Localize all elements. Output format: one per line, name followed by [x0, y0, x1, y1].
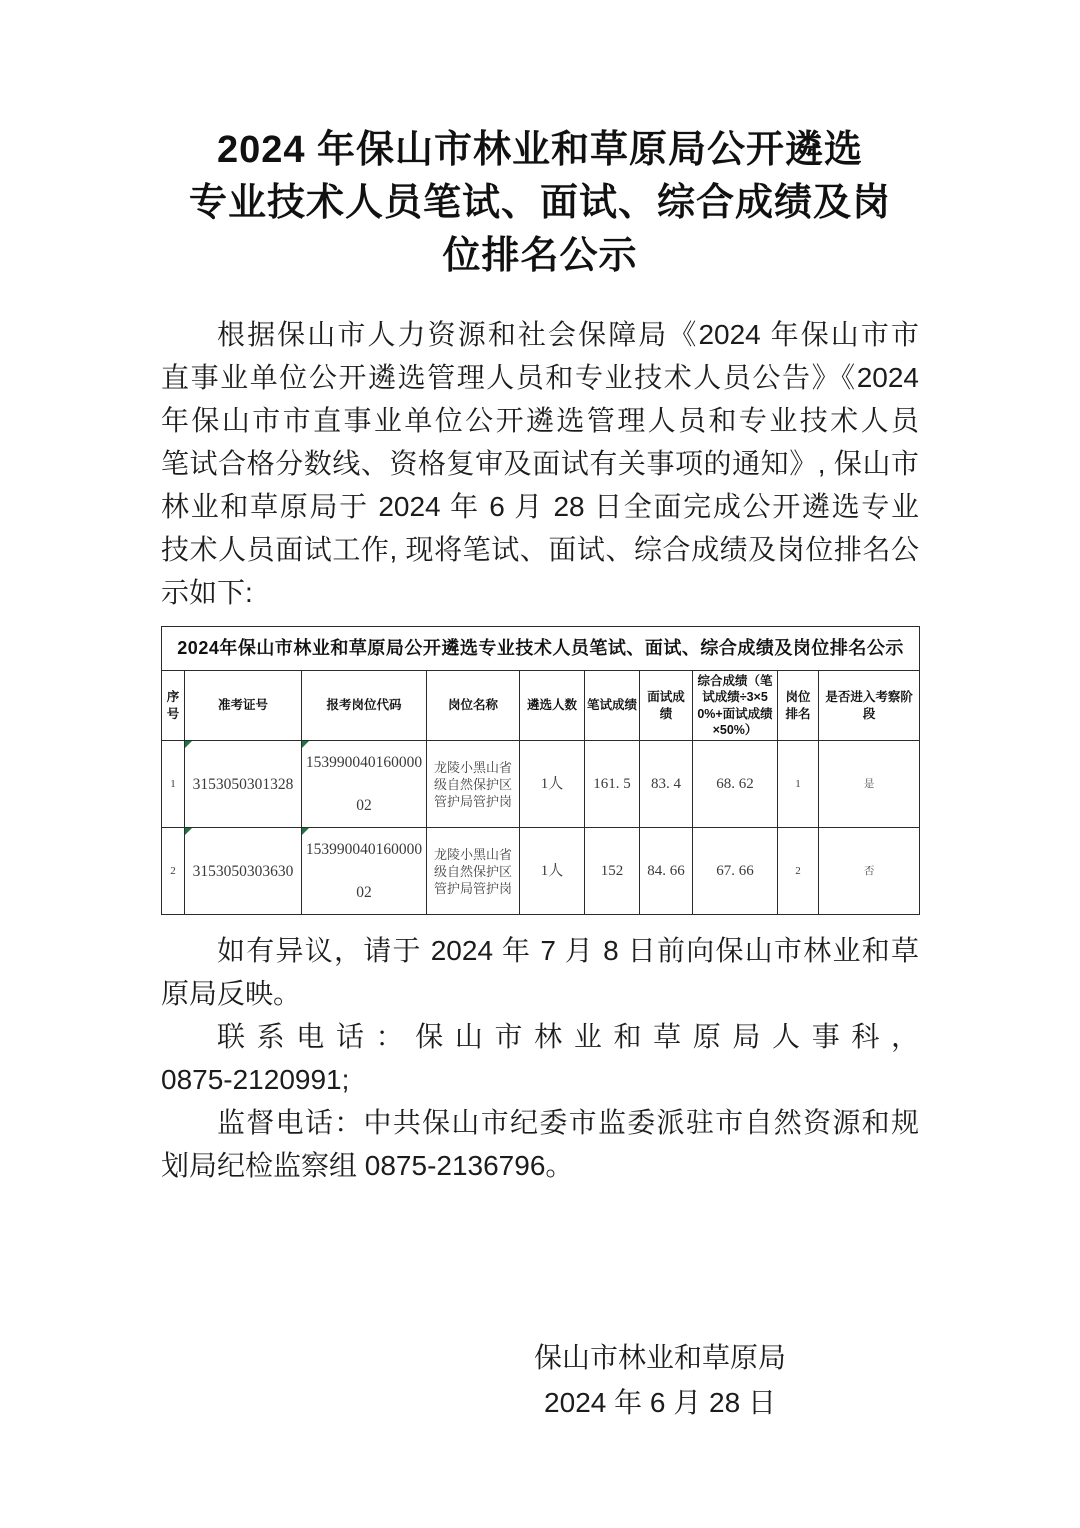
header-to-inspection: 是否进入考察阶段	[819, 671, 920, 741]
written-score-cell: 161. 5	[585, 741, 640, 828]
composite-score-cell: 68. 62	[693, 741, 778, 828]
intro-line: 直事业单位公开遴选管理人员和专业技术人员公告》《2024	[161, 356, 919, 399]
header-interview-score: 面试成绩	[640, 671, 693, 741]
intro-line: 示如下:	[161, 571, 919, 614]
supervision-line: 划局纪检监察组 0875-2136796。	[161, 1144, 919, 1187]
supervision-line: 监督电话：中共保山市纪委市监委派驻市自然资源和规	[161, 1101, 919, 1144]
title-line-2: 专业技术人员笔试、面试、综合成绩及岗	[160, 177, 920, 230]
header-job-name: 岗位名称	[427, 671, 520, 741]
objection-line: 如有异议，请于 2024 年 7 月 8 日前向保山市林业和草	[161, 929, 919, 972]
rank-cell: 2	[778, 828, 819, 915]
job-name-cell: 龙陵小黑山省级自然保护区管护局管护岗	[427, 828, 520, 915]
ticket-cell: 3153050303630	[185, 828, 302, 915]
header-job-code: 报考岗位代码	[302, 671, 427, 741]
contact-paragraph: 联系电话：保山市林业和草原局人事科， 0875-2120991;	[161, 1015, 919, 1101]
table-row: 2 3153050303630 15399004016000002 龙陵小黑山省…	[162, 828, 920, 915]
header-seq: 序号	[162, 671, 185, 741]
table-header-row: 序号 准考证号 报考岗位代码 岗位名称 遴选人数 笔试成绩 面试成绩 综合成绩（…	[162, 671, 920, 741]
ticket-value: 3153050303630	[193, 863, 294, 880]
results-table: 2024年保山市林业和草原局公开遴选专业技术人员笔试、面试、综合成绩及岗位排名公…	[161, 626, 920, 915]
job-code-value: 15399004016000002	[306, 754, 422, 814]
composite-score-cell: 67. 66	[693, 828, 778, 915]
rank-cell: 1	[778, 741, 819, 828]
supervision-paragraph: 监督电话：中共保山市纪委市监委派驻市自然资源和规 划局纪检监察组 0875-21…	[161, 1101, 919, 1187]
seq-cell: 2	[162, 828, 185, 915]
header-written-score: 笔试成绩	[585, 671, 640, 741]
table-row: 1 3153050301328 15399004016000002 龙陵小黑山省…	[162, 741, 920, 828]
job-code-value: 15399004016000002	[306, 841, 422, 901]
objection-line: 原局反映。	[161, 972, 919, 1015]
header-rank: 岗位排名	[778, 671, 819, 741]
signature-block: 保山市林业和草原局 2024 年 6 月 28 日	[161, 1335, 919, 1425]
contact-line: 联系电话：保山市林业和草原局人事科，	[161, 1015, 919, 1058]
seq-cell: 1	[162, 741, 185, 828]
excel-flag-icon	[302, 828, 309, 835]
intro-line: 笔试合格分数线、资格复审及面试有关事项的通知》, 保山市	[161, 442, 919, 485]
table-title-row: 2024年保山市林业和草原局公开遴选专业技术人员笔试、面试、综合成绩及岗位排名公…	[162, 627, 920, 671]
interview-score-cell: 83. 4	[640, 741, 693, 828]
title-line-1: 2024 年保山市林业和草原局公开遴选	[160, 124, 920, 177]
to-inspection-cell: 否	[819, 828, 920, 915]
excel-flag-icon	[185, 741, 192, 748]
document-page: 2024 年保山市林业和草原局公开遴选 专业技术人员笔试、面试、综合成绩及岗 位…	[0, 0, 1080, 1528]
header-composite-score: 综合成绩（笔试成绩÷3×50%+面试成绩×50%）	[693, 671, 778, 741]
to-inspection-cell: 是	[819, 741, 920, 828]
written-score-cell: 152	[585, 828, 640, 915]
document-body: 根据保山市人力资源和社会保障局《2024 年保山市市 直事业单位公开遴选管理人员…	[161, 313, 919, 1425]
intro-line: 林业和草原局于 2024 年 6 月 28 日全面完成公开遴选专业	[161, 485, 919, 528]
table-title: 2024年保山市林业和草原局公开遴选专业技术人员笔试、面试、综合成绩及岗位排名公…	[162, 627, 920, 671]
job-name-cell: 龙陵小黑山省级自然保护区管护局管护岗	[427, 741, 520, 828]
document-title: 2024 年保山市林业和草原局公开遴选 专业技术人员笔试、面试、综合成绩及岗 位…	[160, 124, 920, 283]
header-ticket: 准考证号	[185, 671, 302, 741]
objection-paragraph: 如有异议，请于 2024 年 7 月 8 日前向保山市林业和草 原局反映。	[161, 929, 919, 1015]
signature-organization: 保山市林业和草原局	[401, 1335, 919, 1380]
intro-line: 技术人员面试工作, 现将笔试、面试、综合成绩及岗位排名公	[161, 528, 919, 571]
excel-flag-icon	[302, 741, 309, 748]
quota-cell: 1人	[520, 741, 585, 828]
contact-phone: 0875-2120991;	[161, 1058, 919, 1101]
signature-date: 2024 年 6 月 28 日	[401, 1380, 919, 1425]
ticket-value: 3153050301328	[193, 776, 294, 793]
header-quota: 遴选人数	[520, 671, 585, 741]
ticket-cell: 3153050301328	[185, 741, 302, 828]
intro-line: 年保山市市直事业单位公开遴选管理人员和专业技术人员	[161, 399, 919, 442]
job-code-cell: 15399004016000002	[302, 828, 427, 915]
quota-cell: 1人	[520, 828, 585, 915]
intro-line: 根据保山市人力资源和社会保障局《2024 年保山市市	[161, 313, 919, 356]
job-code-cell: 15399004016000002	[302, 741, 427, 828]
interview-score-cell: 84. 66	[640, 828, 693, 915]
excel-flag-icon	[185, 828, 192, 835]
title-line-3: 位排名公示	[160, 230, 920, 283]
intro-paragraph: 根据保山市人力资源和社会保障局《2024 年保山市市 直事业单位公开遴选管理人员…	[161, 313, 919, 614]
